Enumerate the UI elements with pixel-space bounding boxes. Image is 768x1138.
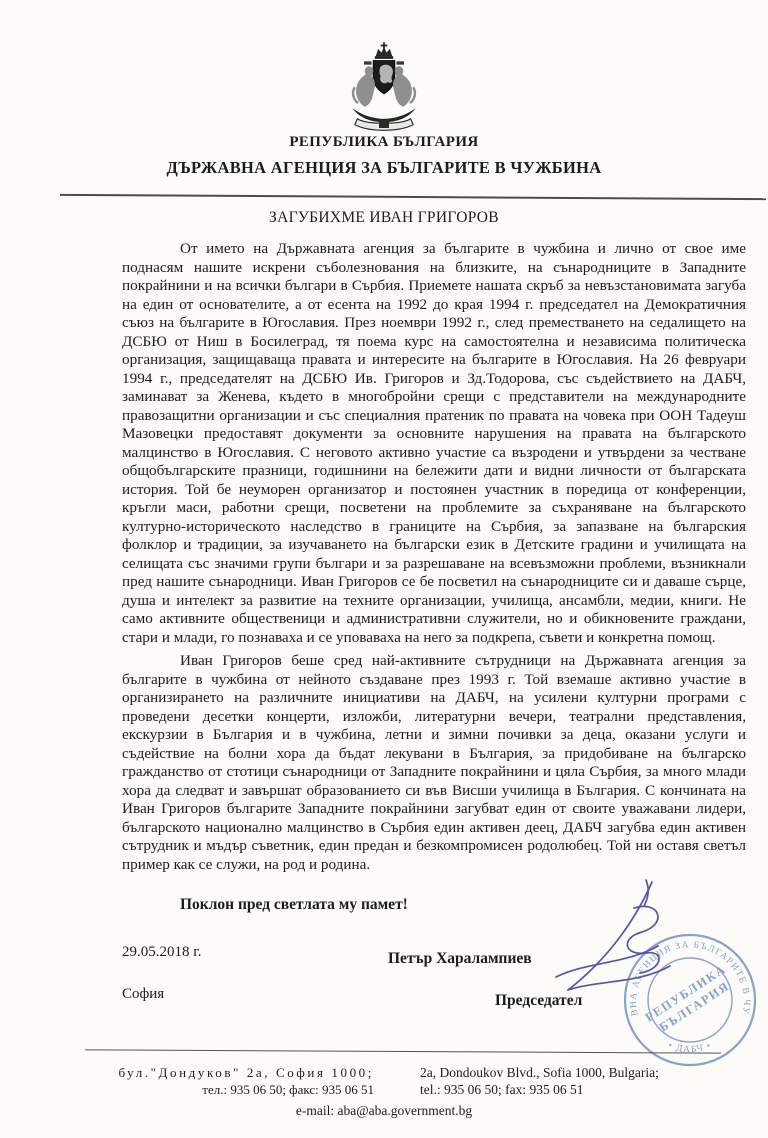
footer-address-bg-line2: тел.: 935 06 50; факс: 935 06 51 bbox=[100, 1081, 374, 1098]
footer-address-en-line2: tel.: 935 06 50; fax: 935 06 51 bbox=[420, 1081, 720, 1098]
bulgarian-coat-of-arms-icon bbox=[334, 38, 434, 138]
letter-body: От името на Държавната агенция за българ… bbox=[122, 240, 746, 879]
header-divider bbox=[60, 194, 766, 200]
closing-line: Поклон пред светлата му памет! bbox=[180, 896, 408, 914]
letterhead-country: РЕПУБЛИКА БЪЛГАРИЯ bbox=[0, 134, 768, 151]
signer-name: Петър Харалампиев bbox=[388, 950, 532, 968]
letterhead-agency: ДЪРЖАВНА АГЕНЦИЯ ЗА БЪЛГАРИТЕ В ЧУЖБИНА bbox=[0, 158, 768, 178]
document-title: ЗАГУБИХМЕ ИВАН ГРИГОРОВ bbox=[0, 209, 768, 227]
signature-ink bbox=[534, 874, 704, 1009]
footer-address-bg-line1: бул."Дондуков" 2а, София 1000; bbox=[100, 1064, 374, 1081]
paragraph-1: От името на Държавната агенция за българ… bbox=[122, 240, 746, 647]
date-text: 29.05.2018 г. bbox=[122, 944, 201, 961]
letter-page: РЕПУБЛИКА БЪЛГАРИЯ ДЪРЖАВНА АГЕНЦИЯ ЗА Б… bbox=[0, 0, 768, 1138]
paragraph-2: Иван Григоров беше сред най-активните съ… bbox=[122, 652, 746, 874]
footer-email: e-mail: aba@aba.government.bg bbox=[0, 1103, 768, 1119]
city-text: София bbox=[122, 986, 164, 1003]
footer-address-bg: бул."Дондуков" 2а, София 1000; тел.: 935… bbox=[100, 1064, 374, 1098]
